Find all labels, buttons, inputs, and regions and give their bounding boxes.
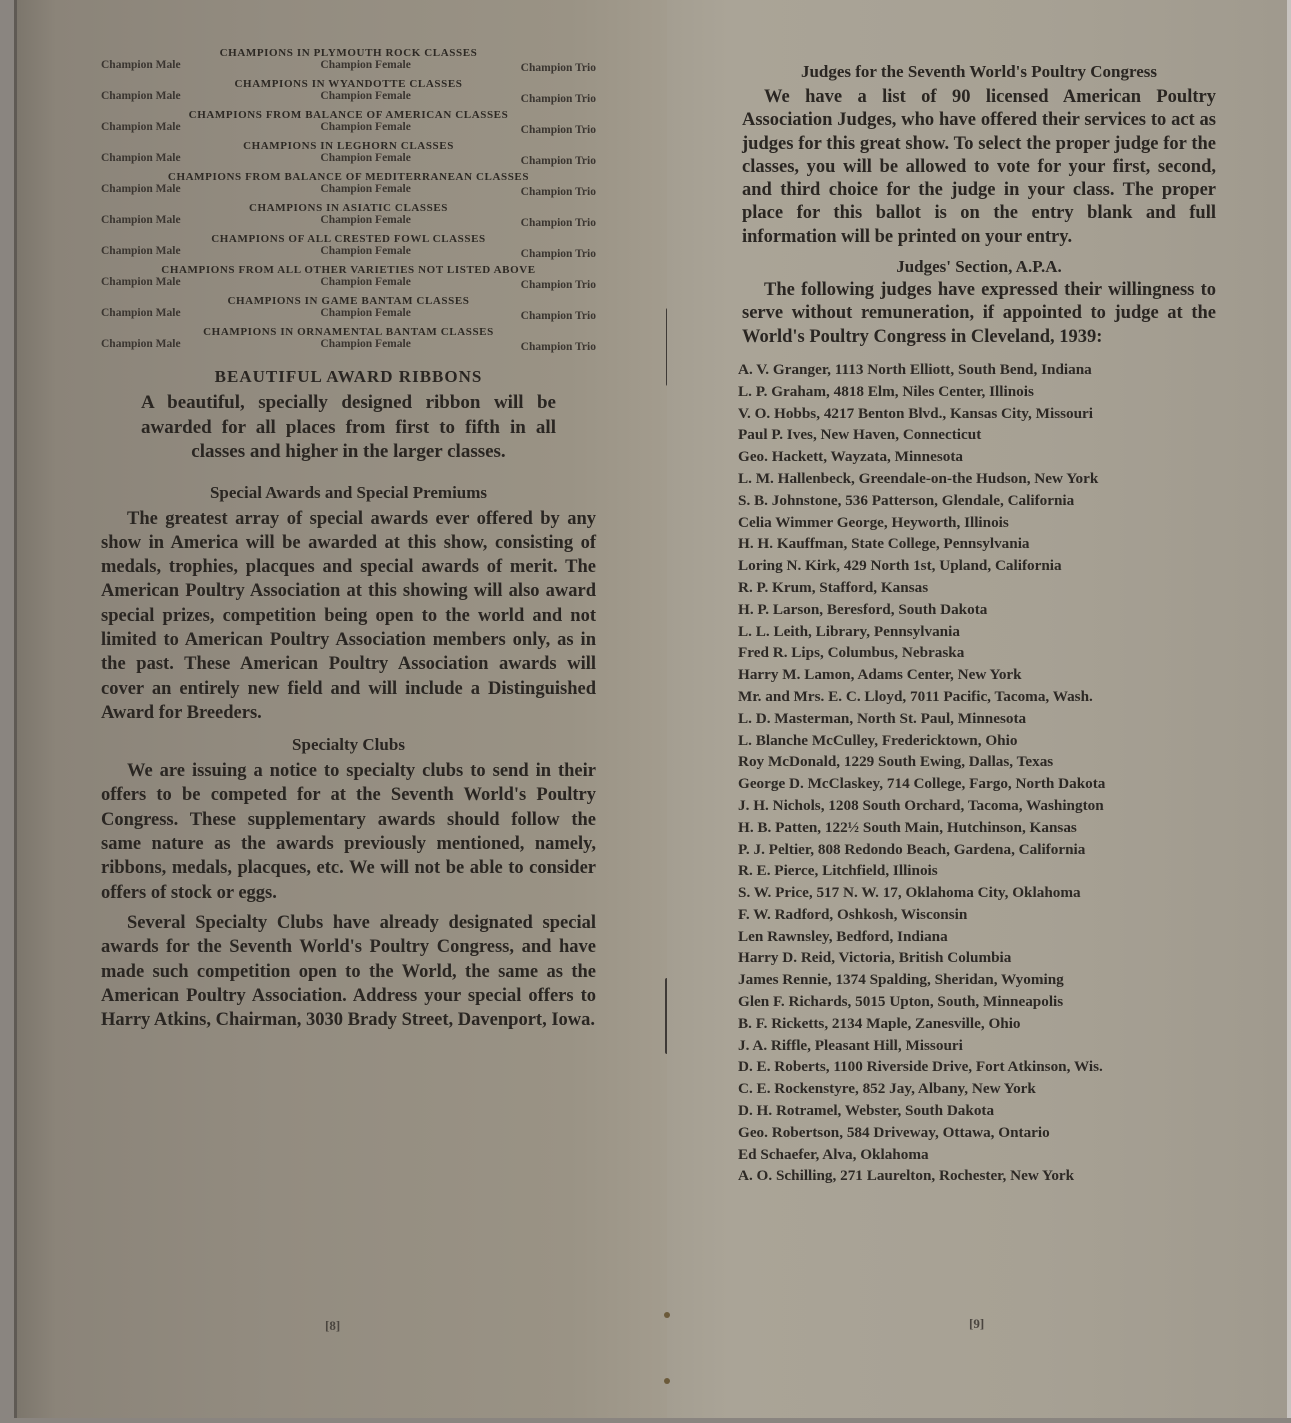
- page-number-right: [9]: [969, 1316, 984, 1332]
- champion-labels-row: Champion MaleChampion FemaleChampion Tri…: [101, 183, 596, 198]
- champion-section: CHAMPIONS FROM ALL OTHER VARIETIES NOT L…: [101, 265, 596, 291]
- champion-female-label: Champion Female: [320, 121, 410, 136]
- left-column: CHAMPIONS IN PLYMOUTH ROCK CLASSESChampi…: [101, 48, 596, 1032]
- judge-entry: Harry M. Lamon, Adams Center, New York: [738, 664, 1216, 686]
- champion-female-label: Champion Female: [320, 90, 410, 105]
- judge-entry: Fred R. Lips, Columbus, Nebraska: [738, 642, 1216, 664]
- champion-labels-row: Champion MaleChampion FemaleChampion Tri…: [101, 214, 596, 229]
- champion-labels-row: Champion MaleChampion FemaleChampion Tri…: [101, 276, 596, 291]
- champion-male-label: Champion Male: [101, 59, 181, 74]
- judge-entry: L. Blanche McCulley, Fredericktown, Ohio: [738, 730, 1216, 752]
- judge-entry: James Rennie, 1374 Spalding, Sheridan, W…: [738, 969, 1216, 991]
- judge-entry: L. P. Graham, 4818 Elm, Niles Center, Il…: [738, 381, 1216, 403]
- champion-labels-row: Champion MaleChampion FemaleChampion Tri…: [101, 59, 596, 74]
- special-awards-text: The greatest array of special awards eve…: [101, 507, 596, 726]
- champion-section-title: CHAMPIONS IN ASIATIC CLASSES: [101, 203, 596, 214]
- champion-female-label: Champion Female: [320, 152, 410, 167]
- ribbons-text: A beautiful, specially designed ribbon w…: [101, 391, 596, 465]
- champion-trio-label: Champion Trio: [521, 341, 596, 353]
- champion-trio-label: Champion Trio: [521, 217, 596, 229]
- right-column: Judges for the Seventh World's Poultry C…: [742, 60, 1216, 1187]
- judge-entry: S. B. Johnstone, 536 Patterson, Glendale…: [738, 490, 1216, 512]
- champion-section: CHAMPIONS OF ALL CRESTED FOWL CLASSESCha…: [101, 234, 596, 260]
- binding-spot: [664, 1312, 670, 1318]
- judge-entry: Ed Schaefer, Alva, Oklahoma: [738, 1144, 1216, 1166]
- champion-section: CHAMPIONS IN PLYMOUTH ROCK CLASSESChampi…: [101, 48, 596, 74]
- judge-entry: Loring N. Kirk, 429 North 1st, Upland, C…: [738, 555, 1216, 577]
- specialty-clubs-text-1: We are issuing a notice to specialty clu…: [101, 759, 596, 905]
- champion-female-label: Champion Female: [320, 59, 410, 74]
- judge-entry: L. D. Masterman, North St. Paul, Minneso…: [738, 708, 1216, 730]
- champion-trio-label: Champion Trio: [521, 248, 596, 260]
- judges-intro-text: We have a list of 90 licensed American P…: [742, 86, 1216, 249]
- judge-entry: Celia Wimmer George, Heyworth, Illinois: [738, 512, 1216, 534]
- champion-labels-row: Champion MaleChampion FemaleChampion Tri…: [101, 152, 596, 167]
- champion-trio-label: Champion Trio: [521, 62, 596, 74]
- judge-entry: B. F. Ricketts, 2134 Maple, Zanesville, …: [738, 1013, 1216, 1035]
- champion-section-title: CHAMPIONS IN PLYMOUTH ROCK CLASSES: [101, 48, 596, 59]
- champion-section-title: CHAMPIONS IN LEGHORN CLASSES: [101, 141, 596, 152]
- champion-labels-row: Champion MaleChampion FemaleChampion Tri…: [101, 121, 596, 136]
- champion-section: CHAMPIONS IN GAME BANTAM CLASSESChampion…: [101, 296, 596, 322]
- judge-entry: R. E. Pierce, Litchfield, Illinois: [738, 860, 1216, 882]
- champion-male-label: Champion Male: [101, 338, 181, 353]
- judge-entry: Harry D. Reid, Victoria, British Columbi…: [738, 947, 1216, 969]
- champion-section: CHAMPIONS FROM BALANCE OF AMERICAN CLASS…: [101, 110, 596, 136]
- champion-female-label: Champion Female: [320, 307, 410, 322]
- judge-entry: Len Rawnsley, Bedford, Indiana: [738, 926, 1216, 948]
- champion-section: CHAMPIONS IN ASIATIC CLASSESChampion Mal…: [101, 203, 596, 229]
- champion-section-title: CHAMPIONS IN WYANDOTTE CLASSES: [101, 79, 596, 90]
- left-page: CHAMPIONS IN PLYMOUTH ROCK CLASSESChampi…: [14, 0, 667, 1418]
- judge-entry: H. H. Kauffman, State College, Pennsylva…: [738, 533, 1216, 555]
- judge-entry: J. A. Riffle, Pleasant Hill, Missouri: [738, 1035, 1216, 1057]
- champion-section: CHAMPIONS IN LEGHORN CLASSESChampion Mal…: [101, 141, 596, 167]
- judge-entry: Paul P. Ives, New Haven, Connecticut: [738, 424, 1216, 446]
- champion-labels-row: Champion MaleChampion FemaleChampion Tri…: [101, 245, 596, 260]
- judge-entry: S. W. Price, 517 N. W. 17, Oklahoma City…: [738, 882, 1216, 904]
- champion-female-label: Champion Female: [320, 276, 410, 291]
- ribbons-heading: BEAUTIFUL AWARD RIBBONS: [101, 367, 596, 387]
- champion-male-label: Champion Male: [101, 90, 181, 105]
- judge-entry: H. B. Patten, 122½ South Main, Hutchinso…: [738, 817, 1216, 839]
- judge-entry: V. O. Hobbs, 4217 Benton Blvd., Kansas C…: [738, 403, 1216, 425]
- judges-section-text: The following judges have expressed thei…: [742, 279, 1216, 349]
- judge-entry: D. H. Rotramel, Webster, South Dakota: [738, 1100, 1216, 1122]
- specialty-clubs-text-2: Several Specialty Clubs have already des…: [101, 911, 596, 1032]
- specialty-clubs-heading: Specialty Clubs: [101, 735, 596, 755]
- judges-list: A. V. Granger, 1113 North Elliott, South…: [738, 359, 1216, 1187]
- judge-entry: D. E. Roberts, 1100 Riverside Drive, For…: [738, 1056, 1216, 1078]
- special-awards-heading: Special Awards and Special Premiums: [101, 483, 596, 503]
- judge-entry: C. E. Rockenstyre, 852 Jay, Albany, New …: [738, 1078, 1216, 1100]
- judge-entry: George D. McClaskey, 714 College, Fargo,…: [738, 773, 1216, 795]
- page-number-left: [8]: [325, 1318, 340, 1334]
- champion-trio-label: Champion Trio: [521, 155, 596, 167]
- judge-entry: J. H. Nichols, 1208 South Orchard, Tacom…: [738, 795, 1216, 817]
- champion-trio-label: Champion Trio: [521, 310, 596, 322]
- champion-sections: CHAMPIONS IN PLYMOUTH ROCK CLASSESChampi…: [101, 48, 596, 353]
- judge-entry: Roy McDonald, 1229 South Ewing, Dallas, …: [738, 751, 1216, 773]
- champion-trio-label: Champion Trio: [521, 93, 596, 105]
- champion-male-label: Champion Male: [101, 307, 181, 322]
- champion-female-label: Champion Female: [320, 183, 410, 198]
- judge-entry: P. J. Peltier, 808 Redondo Beach, Garden…: [738, 839, 1216, 861]
- judge-entry: Geo. Robertson, 584 Driveway, Ottawa, On…: [738, 1122, 1216, 1144]
- champion-male-label: Champion Male: [101, 183, 181, 198]
- champion-trio-label: Champion Trio: [521, 186, 596, 198]
- judge-entry: Glen F. Richards, 5015 Upton, South, Min…: [738, 991, 1216, 1013]
- champion-labels-row: Champion MaleChampion FemaleChampion Tri…: [101, 338, 596, 353]
- judge-entry: A. O. Schilling, 271 Laurelton, Rocheste…: [738, 1165, 1216, 1187]
- judges-heading: Judges for the Seventh World's Poultry C…: [742, 60, 1216, 84]
- champion-trio-label: Champion Trio: [521, 279, 596, 291]
- champion-female-label: Champion Female: [320, 245, 410, 260]
- judge-entry: A. V. Granger, 1113 North Elliott, South…: [738, 359, 1216, 381]
- champion-male-label: Champion Male: [101, 245, 181, 260]
- champion-labels-row: Champion MaleChampion FemaleChampion Tri…: [101, 90, 596, 105]
- champion-section-title: CHAMPIONS FROM BALANCE OF AMERICAN CLASS…: [101, 110, 596, 121]
- champion-section-title: CHAMPIONS IN GAME BANTAM CLASSES: [101, 296, 596, 307]
- judge-entry: R. P. Krum, Stafford, Kansas: [738, 577, 1216, 599]
- champion-labels-row: Champion MaleChampion FemaleChampion Tri…: [101, 307, 596, 322]
- champion-female-label: Champion Female: [320, 214, 410, 229]
- champion-male-label: Champion Male: [101, 214, 181, 229]
- champion-section-title: CHAMPIONS IN ORNAMENTAL BANTAM CLASSES: [101, 327, 596, 338]
- judge-entry: L. M. Hallenbeck, Greendale-on-the Hudso…: [738, 468, 1216, 490]
- champion-trio-label: Champion Trio: [521, 124, 596, 136]
- champion-section-title: CHAMPIONS FROM BALANCE OF MEDITERRANEAN …: [101, 172, 596, 183]
- judge-entry: Geo. Hackett, Wayzata, Minnesota: [738, 446, 1216, 468]
- judges-section-heading: Judges' Section, A.P.A.: [742, 257, 1216, 277]
- champion-male-label: Champion Male: [101, 152, 181, 167]
- champion-section: CHAMPIONS IN WYANDOTTE CLASSESChampion M…: [101, 79, 596, 105]
- judge-entry: H. P. Larson, Beresford, South Dakota: [738, 599, 1216, 621]
- judge-entry: L. L. Leith, Library, Pennsylvania: [738, 621, 1216, 643]
- champion-section: CHAMPIONS FROM BALANCE OF MEDITERRANEAN …: [101, 172, 596, 198]
- champion-male-label: Champion Male: [101, 121, 181, 136]
- champion-section: CHAMPIONS IN ORNAMENTAL BANTAM CLASSESCh…: [101, 327, 596, 353]
- binding-spot: [664, 1378, 670, 1384]
- right-page: Judges for the Seventh World's Poultry C…: [667, 0, 1291, 1418]
- champion-section-title: CHAMPIONS FROM ALL OTHER VARIETIES NOT L…: [101, 265, 596, 276]
- judge-entry: F. W. Radford, Oshkosh, Wisconsin: [738, 904, 1216, 926]
- champion-female-label: Champion Female: [320, 338, 410, 353]
- champion-male-label: Champion Male: [101, 276, 181, 291]
- champion-section-title: CHAMPIONS OF ALL CRESTED FOWL CLASSES: [101, 234, 596, 245]
- judge-entry: Mr. and Mrs. E. C. Lloyd, 7011 Pacific, …: [738, 686, 1216, 708]
- booklet-spread: CHAMPIONS IN PLYMOUTH ROCK CLASSESChampi…: [14, 0, 1291, 1418]
